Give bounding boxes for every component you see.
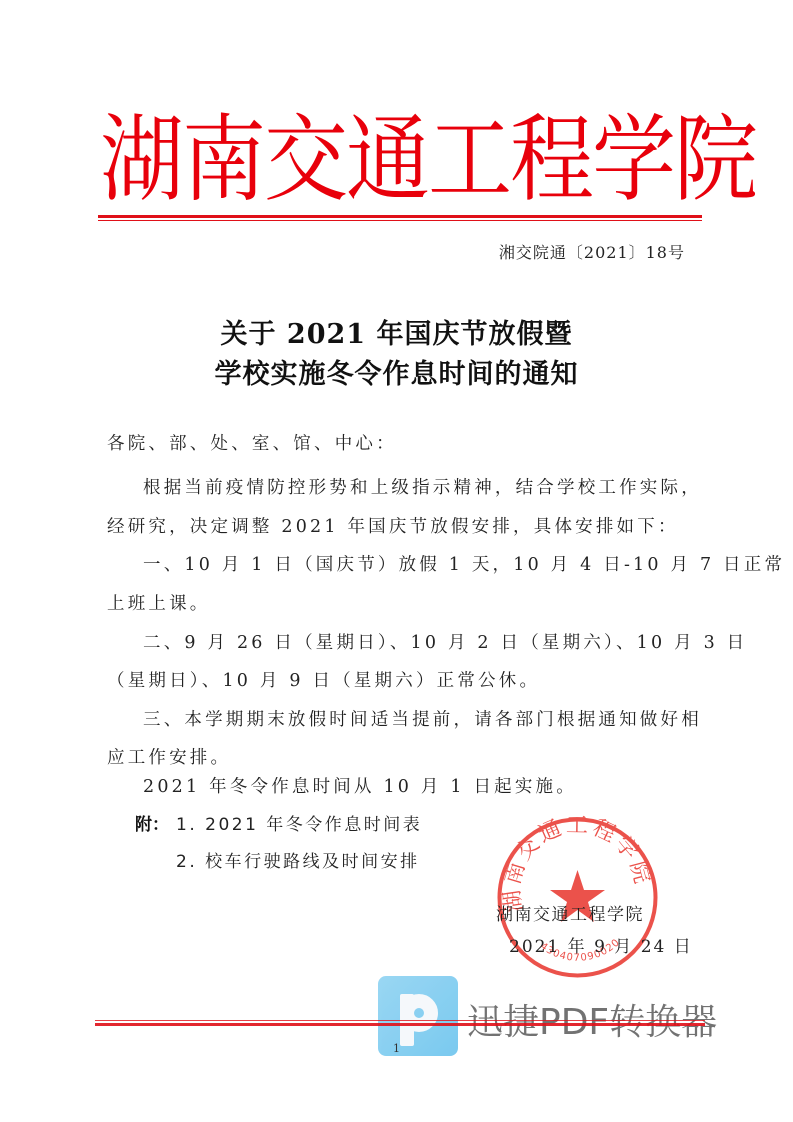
body-paragraph-line: 应工作安排。 [107, 744, 231, 769]
body-paragraph-line: 一、10 月 1 日（国庆节）放假 1 天，10 月 4 日-10 月 7 日正… [143, 551, 785, 576]
body-paragraph-line: （星期日）、10 月 9 日（星期六）正常公休。 [107, 667, 540, 692]
signature-date: 2021 年 9 月 24 日 [509, 932, 693, 957]
attachment-label: 附： [135, 810, 169, 835]
body-paragraph-line: 上班上课。 [107, 590, 211, 615]
signature-organization: 湖南交通工程学院 [496, 900, 644, 925]
header-rule-thick [98, 215, 702, 218]
masthead-title: 湖南交通工程学院 [100, 98, 700, 221]
notice-title-line-1: 关于 2021 年国庆节放假暨 [0, 312, 793, 351]
watermark-logo-icon [378, 976, 458, 1056]
footer-rule-thick [95, 1023, 705, 1026]
header-rule-thin [98, 220, 702, 221]
attachment-item-1: 1. 2021 年冬令作息时间表 [176, 810, 422, 835]
page-number: 1 [393, 1042, 400, 1055]
body-paragraph-line: 2021 年冬令作息时间从 10 月 1 日起实施。 [143, 773, 577, 798]
attachment-item-2: 2. 校车行驶路线及时间安排 [176, 847, 420, 872]
body-paragraph-line: 三、本学期期末放假时间适当提前，请各部门根据通知做好相 [143, 706, 702, 731]
body-paragraph-line: 二、9 月 26 日（星期日）、10 月 2 日（星期六）、10 月 3 日 [143, 629, 747, 654]
document-number: 湘交院通〔2021〕18号 [499, 240, 685, 263]
body-paragraph-line: 经研究，决定调整 2021 年国庆节放假安排，具体安排如下： [107, 513, 679, 538]
document-page: 湖南交通工程学院 湘交院通〔2021〕18号 关于 2021 年国庆节放假暨 学… [0, 0, 793, 1122]
notice-title-line-2: 学校实施冬令作息时间的通知 [0, 352, 793, 391]
footer-rule-thin [95, 1020, 705, 1021]
salutation: 各院、部、处、室、馆、中心： [107, 430, 397, 455]
body-paragraph-line: 根据当前疫情防控形势和上级指示精神，结合学校工作实际， [143, 474, 702, 499]
